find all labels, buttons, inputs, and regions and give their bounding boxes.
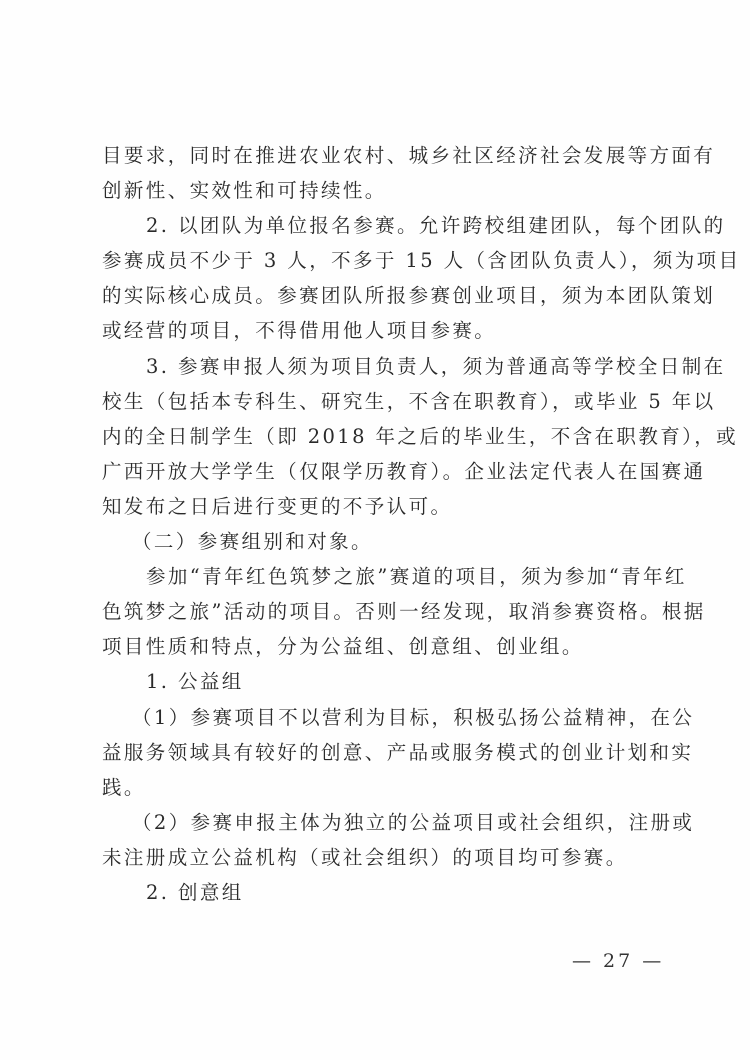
text-line: 践。 bbox=[102, 770, 654, 805]
paragraph-start: 参加“青年红色筑梦之旅”赛道的项目，须为参加“青年红 bbox=[102, 559, 654, 594]
text-line: 项目性质和特点，分为公益组、创意组、创业组。 bbox=[102, 629, 654, 664]
sub-item-2: （2）参赛申报主体为独立的公益项目或社会组织，注册或 bbox=[102, 805, 654, 840]
text-line: 创新性、实效性和可持续性。 bbox=[102, 173, 654, 208]
text-line: 参赛成员不少于 3 人，不多于 15 人（含团队负责人），须为项目 bbox=[102, 243, 654, 278]
text-line: 未注册成立公益机构（或社会组织）的项目均可参赛。 bbox=[102, 840, 654, 875]
sub-item-1: （1）参赛项目不以营利为目标，积极弘扬公益精神，在公 bbox=[102, 700, 654, 735]
text-line: 广西开放大学学生（仅限学历教育）。企业法定代表人在国赛通 bbox=[102, 454, 654, 489]
text-line: 的实际核心成员。参赛团队所报参赛创业项目，须为本团队策划 bbox=[102, 278, 654, 313]
text-line: 色筑梦之旅”活动的项目。否则一经发现，取消参赛资格。根据 bbox=[102, 594, 654, 629]
subheading-creative: 2. 创意组 bbox=[102, 875, 654, 910]
list-item-3: 3. 参赛申报人须为项目负责人，须为普通高等学校全日制在 bbox=[102, 349, 654, 384]
section-heading: （二）参赛组别和对象。 bbox=[102, 524, 654, 559]
text-line: 益服务领域具有较好的创意、产品或服务模式的创业计划和实 bbox=[102, 735, 654, 770]
text-line: 知发布之日后进行变更的不予认可。 bbox=[102, 489, 654, 524]
subheading-public-welfare: 1. 公益组 bbox=[102, 664, 654, 699]
text-line: 校生（包括本专科生、研究生，不含在职教育），或毕业 5 年以 bbox=[102, 384, 654, 419]
text-line: 或经营的项目，不得借用他人项目参赛。 bbox=[102, 313, 654, 348]
text-line: 目要求，同时在推进农业农村、城乡社区经济社会发展等方面有 bbox=[102, 138, 654, 173]
body-text: 目要求，同时在推进农业农村、城乡社区经济社会发展等方面有 创新性、实效性和可持续… bbox=[102, 138, 654, 910]
page-number: — 27 — bbox=[572, 950, 664, 972]
text-line: 内的全日制学生（即 2018 年之后的毕业生，不含在职教育），或 bbox=[102, 419, 654, 454]
document-page: 目要求，同时在推进农业农村、城乡社区经济社会发展等方面有 创新性、实效性和可持续… bbox=[0, 0, 750, 1060]
list-item-2: 2. 以团队为单位报名参赛。允许跨校组建团队，每个团队的 bbox=[102, 208, 654, 243]
